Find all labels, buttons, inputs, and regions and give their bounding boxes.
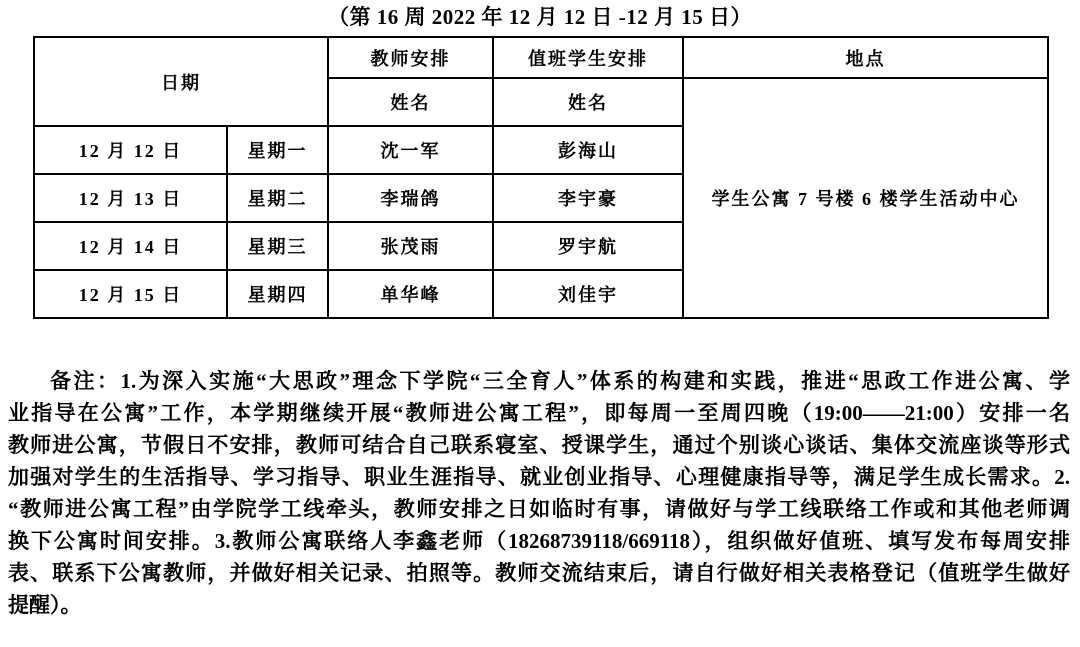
notes-section: 备注：1.为深入实施“大思政”理念下学院“三全育人”体系的构建和实践，推进“思政… (8, 365, 1070, 621)
weekday-cell: 星期四 (227, 270, 328, 318)
weekday-cell: 星期一 (227, 126, 328, 174)
page-title: （第 16 周 2022 年 12 月 12 日 -12 月 15 日） (0, 0, 1080, 30)
header-student-name: 姓名 (493, 78, 683, 126)
teacher-name-cell: 李瑞鸽 (328, 174, 493, 222)
header-teacher-group: 教师安排 (328, 37, 493, 78)
note-line: “教师进公寓工程”由学院学工线牵头，教师安排之日如临时有事，请做好与学工线联络工… (8, 493, 1070, 525)
weekday-cell: 星期二 (227, 174, 328, 222)
duty-schedule-table: 日期 教师安排 值班学生安排 地点 姓名 姓名 学生公寓 7 号楼 6 楼学生活… (33, 36, 1049, 319)
header-student-group: 值班学生安排 (493, 37, 683, 78)
note-line: 表、联系下公寓教师，并做好相关记录、拍照等。教师交流结束后，请自行做好相关表格登… (8, 557, 1070, 589)
header-row-1: 日期 教师安排 值班学生安排 地点 (34, 37, 1048, 78)
teacher-name-cell: 沈一军 (328, 126, 493, 174)
teacher-name-cell: 单华峰 (328, 270, 493, 318)
header-date: 日期 (34, 37, 328, 126)
header-teacher-name: 姓名 (328, 78, 493, 126)
student-name-cell: 罗宇航 (493, 222, 683, 270)
note-line: 备注：1.为深入实施“大思政”理念下学院“三全育人”体系的构建和实践，推进“思政… (8, 365, 1070, 397)
location-cell: 学生公寓 7 号楼 6 楼学生活动中心 (683, 78, 1048, 318)
note-line: 提醒）。 (8, 589, 1070, 621)
note-line: 加强对学生的生活指导、学习指导、职业生涯指导、就业创业指导、心理健康指导等，满足… (8, 461, 1070, 493)
weekday-cell: 星期三 (227, 222, 328, 270)
note-line: 换下公寓时间安排。3.教师公寓联络人李鑫老师（18268739118/66911… (8, 525, 1070, 557)
student-name-cell: 彭海山 (493, 126, 683, 174)
note-line: 教师进公寓，节假日不安排，教师可结合自己联系寝室、授课学生，通过个别谈心谈话、集… (8, 429, 1070, 461)
date-cell: 12 月 15 日 (34, 270, 227, 318)
student-name-cell: 李宇豪 (493, 174, 683, 222)
date-cell: 12 月 13 日 (34, 174, 227, 222)
note-line: 业指导在公寓”工作，本学期继续开展“教师进公寓工程”，即每周一至周四晚（19:0… (8, 397, 1070, 429)
date-cell: 12 月 12 日 (34, 126, 227, 174)
date-cell: 12 月 14 日 (34, 222, 227, 270)
document-page: （第 16 周 2022 年 12 月 12 日 -12 月 15 日） 日期 … (0, 0, 1080, 647)
student-name-cell: 刘佳宇 (493, 270, 683, 318)
header-location: 地点 (683, 37, 1048, 78)
teacher-name-cell: 张茂雨 (328, 222, 493, 270)
